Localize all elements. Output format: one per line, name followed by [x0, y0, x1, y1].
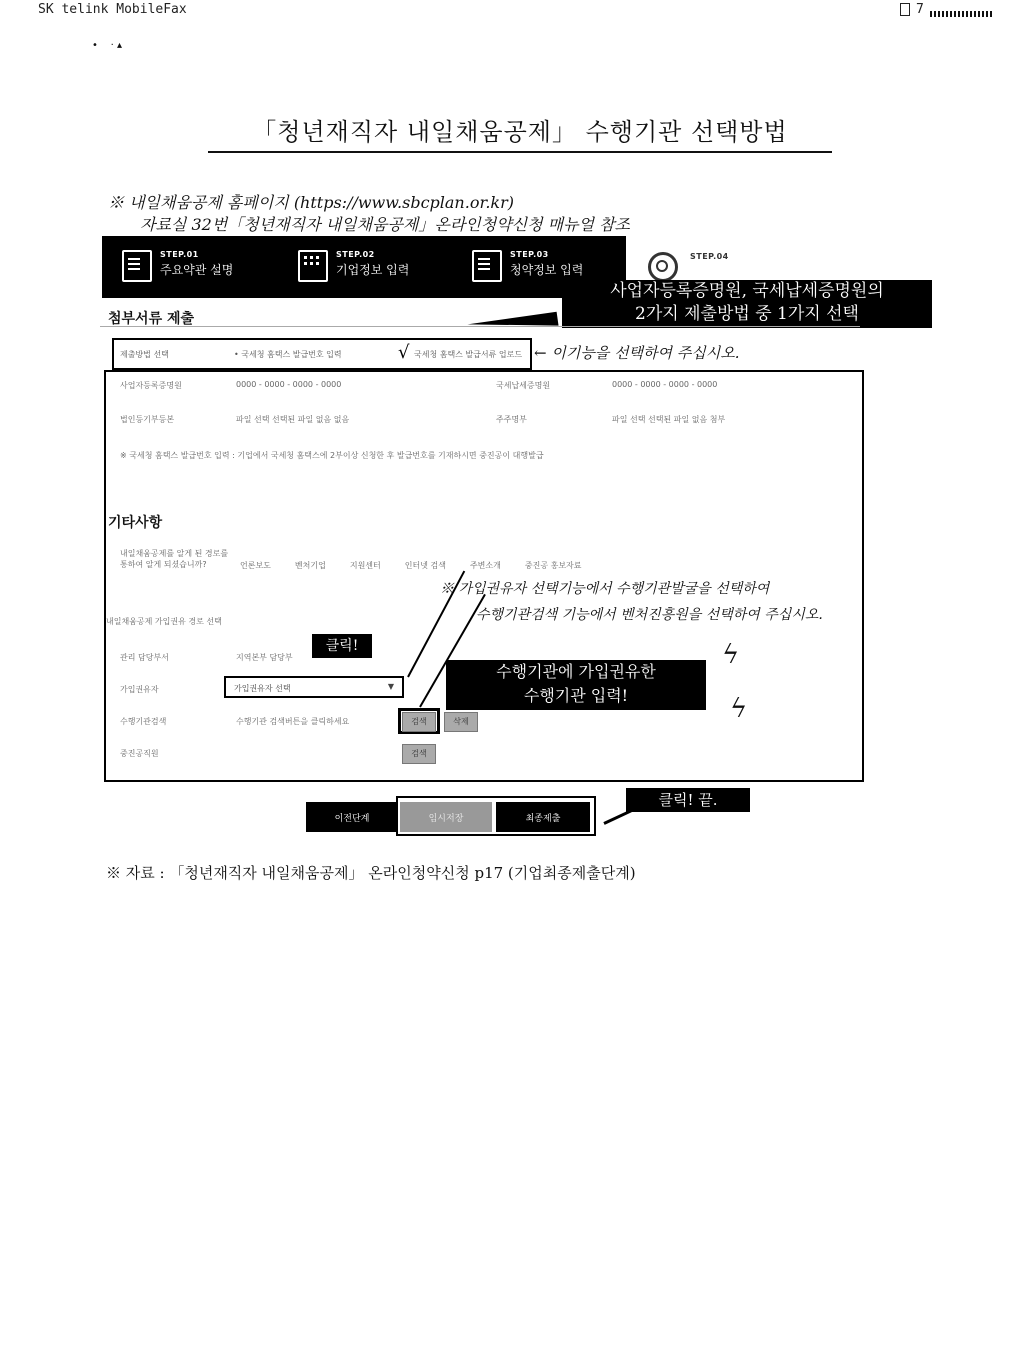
- step-3-label: 청약정보 입력: [510, 263, 583, 277]
- method-label: 제출방법 선택: [120, 349, 169, 360]
- other-section-title: 기타사항: [108, 512, 162, 532]
- callout-pointer: [603, 809, 631, 824]
- referral-option[interactable]: 지원센터: [350, 560, 381, 571]
- field-label-business-registration: 사업자등록증명원: [120, 380, 182, 391]
- institution-note-line2: 수행기관검색 기능에서 벤처진흥원을 선택하여 주십시오.: [476, 604, 823, 624]
- fax-page-indicator: 7: [900, 2, 992, 17]
- field-label-staff: 중진공직원: [120, 748, 159, 759]
- final-submit-button[interactable]: 최종제출: [496, 802, 590, 832]
- homepage-note: ※ 내일채움공제 홈페이지 (https://www.sbcplan.or.kr…: [108, 190, 514, 213]
- manual-reference-note: 자료실 32번「청년재직자 내일채움공제」온라인청약신청 매뉴얼 참조: [140, 212, 630, 235]
- attachments-note: ※ 국세청 홈택스 발급번호 입력 : 기업에서 국세청 홈택스에 2부이상 신…: [120, 450, 544, 461]
- institution-search-button[interactable]: 검색: [402, 712, 436, 732]
- step-progress-bar: STEP.01주요약관 설명 STEP.02기업정보 입력 STEP.03청약정…: [102, 236, 626, 298]
- field-label-corporate-registry: 법인등기부등본: [120, 414, 174, 425]
- page-number: 7: [916, 2, 924, 17]
- lightning-icon: ϟ: [722, 640, 739, 670]
- step-3: STEP.03청약정보 입력: [472, 250, 583, 282]
- referral-subnote: 내일채움공제 가입권유 경로 선택: [106, 616, 222, 627]
- referral-option[interactable]: 벤처기업: [295, 560, 326, 571]
- form-area: [104, 370, 864, 782]
- lightning-icon: ϟ: [730, 694, 747, 724]
- step-1-number: STEP.01: [160, 250, 233, 259]
- field-value-business-registration[interactable]: 0000 - 0000 - 0000 - 0000: [236, 380, 341, 389]
- click-callout: 클릭!: [312, 634, 372, 658]
- option-issue-number[interactable]: • 국세청 홈택스 발급번호 입력: [234, 349, 342, 360]
- document-title: 「청년재직자 내일채움공제」 수행기관 선택방법: [208, 112, 832, 153]
- referral-option[interactable]: 인터넷 검색: [405, 560, 446, 571]
- step-2-label: 기업정보 입력: [336, 263, 409, 277]
- recommender-select[interactable]: 가입권유자 선택 ▼: [224, 676, 404, 698]
- method-choice-line1: 사업자등록증명원, 국세납세증명원의: [562, 280, 932, 303]
- referral-option[interactable]: 주변소개: [470, 560, 501, 571]
- field-label-institution-search: 수행기관검색: [120, 716, 166, 727]
- chevron-down-icon: ▼: [388, 682, 394, 691]
- temp-save-button[interactable]: 임시저장: [400, 802, 492, 832]
- field-label-tax-certificate: 국세납세증명원: [496, 380, 550, 391]
- step-2: STEP.02기업정보 입력: [298, 250, 409, 282]
- prev-step-button[interactable]: 이전단계: [306, 802, 398, 832]
- institution-delete-button[interactable]: 삭제: [444, 712, 478, 732]
- field-value-tax-certificate[interactable]: 0000 - 0000 - 0000 - 0000: [612, 380, 717, 389]
- gear-icon: [648, 252, 678, 282]
- method-choice-callout: 사업자등록증명원, 국세납세증명원의 2가지 제출방법 중 1가지 선택: [562, 280, 932, 328]
- referral-option[interactable]: 언론보도: [240, 560, 271, 571]
- file-select-shareholder-list[interactable]: 파일 선택 선택된 파일 없음 첨부: [612, 414, 725, 425]
- referral-question: 내일채움공제를 알게 된 경로를 통하여 알게 되셨습니까?: [120, 548, 230, 570]
- step-1: STEP.01주요약관 설명: [122, 250, 233, 282]
- institution-input-callout: 수행기관에 가입권유한 수행기관 입력!: [446, 660, 706, 710]
- divider: [100, 326, 860, 327]
- page-icon: [900, 3, 910, 16]
- attachments-section-title: 첨부서류 제출: [108, 308, 194, 328]
- click-end-callout: 클릭! 끝.: [626, 788, 750, 812]
- fax-app-name: SK telink MobileFax: [38, 2, 187, 17]
- institution-input-line2: 수행기관 입력!: [446, 684, 706, 708]
- step-1-label: 주요약관 설명: [160, 263, 233, 277]
- field-label-shareholder-list: 주주명부: [496, 414, 527, 425]
- callout-pointer: [467, 312, 558, 338]
- step-3-number: STEP.03: [510, 250, 583, 259]
- method-choice-line2: 2가지 제출방법 중 1가지 선택: [562, 303, 932, 326]
- field-label-department: 관리 담당부서: [120, 652, 169, 663]
- building-edit-icon: [298, 250, 328, 282]
- step-4: STEP.04: [648, 252, 729, 282]
- file-select-corporate-registry[interactable]: 파일 선택 선택된 파일 없음 없음: [236, 414, 349, 425]
- fax-marks: • · ▴: [92, 40, 122, 51]
- option-upload-documents[interactable]: 국세청 홈택스 발급서류 업로드: [414, 349, 522, 360]
- field-value-institution-search: 수행기관 검색버튼을 클릭하세요: [236, 716, 349, 727]
- institution-note-line1: ※ 가입권유자 선택기능에서 수행기관발굴을 선택하여: [440, 578, 769, 598]
- referral-option[interactable]: 중진공 홍보자료: [525, 560, 582, 571]
- staff-search-button[interactable]: 검색: [402, 744, 436, 764]
- check-mark: √: [398, 342, 409, 363]
- step-4-number: STEP.04: [690, 252, 729, 261]
- field-label-recommender: 가입권유자: [120, 684, 159, 695]
- institution-input-line1: 수행기관에 가입권유한: [446, 660, 706, 684]
- fax-barcode: [930, 11, 992, 17]
- select-hint-note: ← 이기능을 선택하여 주십시오.: [534, 342, 740, 363]
- form-edit-icon: [472, 250, 502, 282]
- field-value-department: 지역본부 담당부: [236, 652, 293, 663]
- source-note: ※ 자료 : 「청년재직자 내일채움공제」 온라인청약신청 p17 (기업최종제…: [106, 862, 636, 883]
- submission-method-selector: 제출방법 선택 • 국세청 홈택스 발급번호 입력 √ 국세청 홈택스 발급서류…: [112, 338, 532, 370]
- referral-options: 언론보도 벤처기업 지원센터 인터넷 검색 주변소개 중진공 홍보자료: [240, 560, 582, 571]
- step-2-number: STEP.02: [336, 250, 409, 259]
- document-search-icon: [122, 250, 152, 282]
